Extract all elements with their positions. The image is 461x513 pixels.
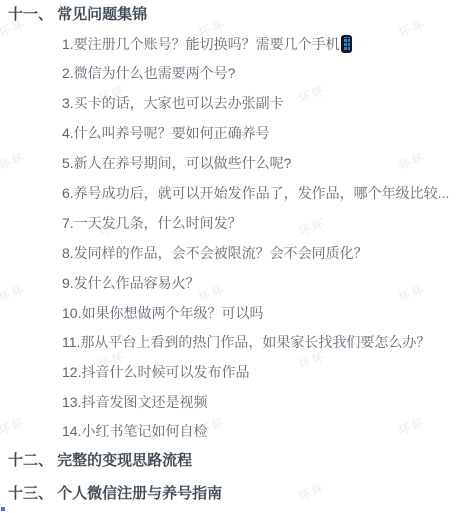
watermark-text: 坏坏 — [296, 479, 328, 505]
outline-item-4[interactable]: 4.什么叫养号呢？要如何正确养号 — [62, 125, 270, 142]
watermark-text: 坏坏 — [196, 280, 228, 306]
outline-item-11[interactable]: 11.那从平台上看到的热门作品，如果家长找我们要怎么办？ — [62, 334, 430, 351]
outline-item-8[interactable]: 8.发同样的作品，会不会被限流？会不会同质化？ — [62, 245, 368, 262]
watermark-text: 坏坏 — [0, 413, 28, 439]
watermark-text: 坏坏 — [296, 82, 328, 108]
phone-screen — [343, 37, 350, 51]
watermark-text: 坏坏 — [0, 148, 28, 174]
outline-item-14[interactable]: 14.小红书笔记如何自检 — [62, 423, 207, 440]
section-heading-11[interactable]: 十一、 常见问题集锦 — [8, 7, 147, 23]
outline-item-text: 1.要注册几个账号？能切换吗？需要几个手机 — [62, 36, 340, 52]
watermark-text: 坏坏 — [396, 148, 428, 174]
mobile-phone-icon — [341, 35, 352, 53]
section-heading-12[interactable]: 十二、 完整的变现思路流程 — [8, 453, 192, 469]
outline-item-7[interactable]: 7.一天发几条，什么时间发？ — [62, 215, 242, 232]
outline-item-12[interactable]: 12.抖音什么时候可以发布作品 — [62, 364, 249, 381]
outline-item-9[interactable]: 9.发什么作品容易火？ — [62, 275, 200, 292]
outline-item-13[interactable]: 13.抖音发图文还是视频 — [62, 394, 207, 411]
outline-item-6[interactable]: 6.养号成功后，就可以开始发作品了，发作品，哪个年级比较... — [62, 185, 449, 202]
outline-item-2[interactable]: 2.微信为什么也需要两个号? — [62, 65, 235, 82]
outline-item-3[interactable]: 3.买卡的话，大家也可以去办张副卡 — [62, 95, 284, 112]
watermark-text: 坏坏 — [396, 15, 428, 41]
outline-item-10[interactable]: 10.如果你想做两个年级？可以吗 — [62, 305, 263, 322]
document-outline: 坏坏坏坏坏坏坏坏坏坏坏坏坏坏坏坏坏坏坏坏坏坏坏坏坏坏坏坏坏坏坏坏坏坏坏坏坏坏坏坏… — [0, 0, 461, 513]
outline-item-1[interactable]: 1.要注册几个账号？能切换吗？需要几个手机 — [62, 35, 352, 53]
watermark-text: 坏坏 — [296, 214, 328, 240]
watermark-text: 坏坏 — [396, 280, 428, 306]
watermark-text: 坏坏 — [396, 413, 428, 439]
section-heading-13[interactable]: 十三、 个人微信注册与养号指南 — [8, 486, 222, 502]
clipped-blue-artifact — [1, 507, 5, 511]
watermark-text: 坏坏 — [0, 280, 28, 306]
outline-item-5[interactable]: 5.新人在养号期间，可以做些什么呢? — [62, 155, 291, 172]
